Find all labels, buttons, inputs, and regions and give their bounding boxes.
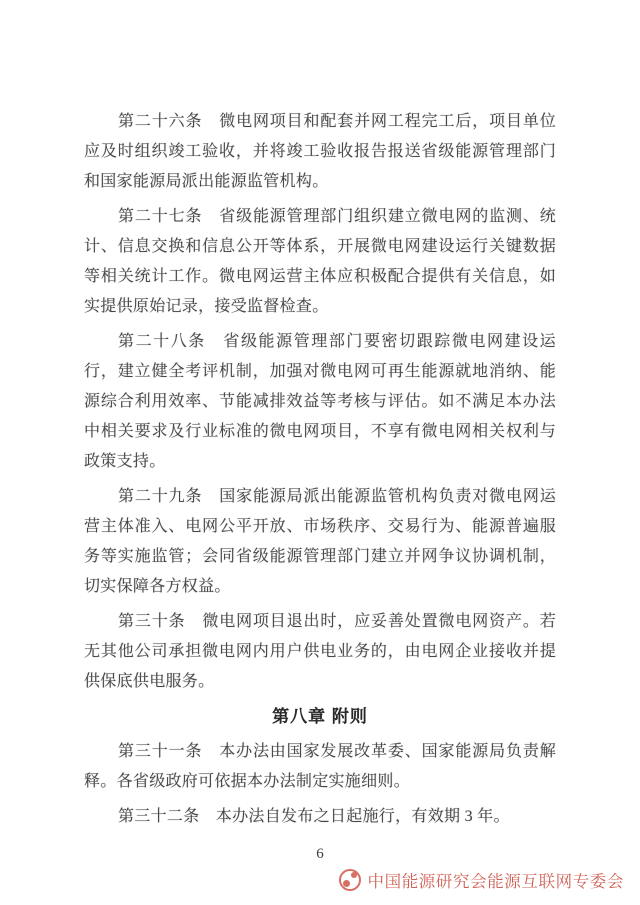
document-page: 第二十六条 微电网项目和配套并网工程完工后，项目单位应及时组织竣工验收，并将竣工… [0,0,640,905]
org-logo-ear [351,872,357,878]
footer-org-name: 中国能源研究会能源互联网专委会 [368,868,625,892]
article-28-paragraph: 第二十八条 省级能源管理部门要密切跟踪微电网建设运行，建立健全考评机制，加强对微… [84,327,556,477]
chapter-heading: 第八章 附则 [84,702,556,732]
org-logo-icon [339,869,361,891]
article-text-block: 第二十六条 微电网项目和配套并网工程完工后，项目单位应及时组织竣工验收，并将竣工… [84,107,556,864]
article-27-paragraph: 第二十七条 省级能源管理部门组织建立微电网的监测、统计、信息交换和信息公开等体系… [84,202,556,322]
article-30-paragraph: 第三十条 微电网项目退出时，应妥善处置微电网资产。若无其他公司承担微电网内用户供… [84,607,556,697]
article-29-paragraph: 第二十九条 国家能源局派出能源监管机构负责对微电网运营主体准入、电网公平开放、市… [84,482,556,602]
page-number: 6 [84,844,556,864]
footer-bar: 中国能源研究会能源互联网专委会 [339,868,625,892]
article-26-paragraph: 第二十六条 微电网项目和配套并网工程完工后，项目单位应及时组织竣工验收，并将竣工… [84,107,556,197]
org-logo-dot [343,880,350,887]
article-32-paragraph: 第三十二条 本办法自发布之日起施行，有效期 3 年。 [84,802,556,832]
article-31-paragraph: 第三十一条 本办法由国家发展改革委、国家能源局负责解释。各省级政府可依据本办法制… [84,737,556,797]
